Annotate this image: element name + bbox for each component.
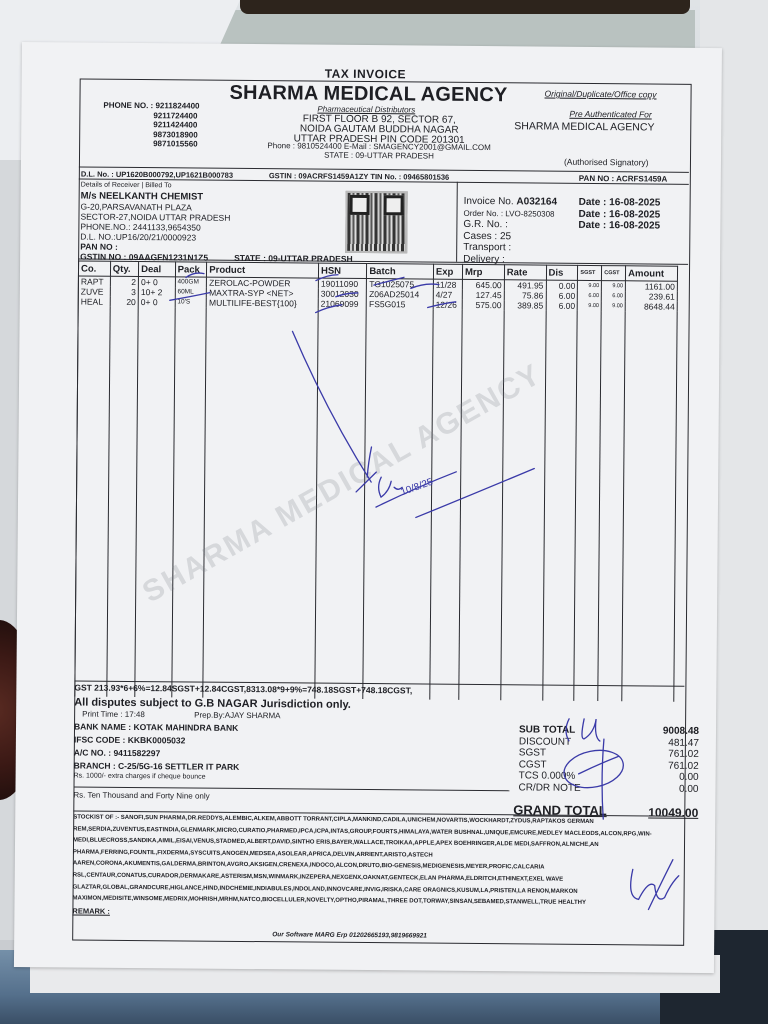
column-header-product: Product	[207, 262, 319, 278]
pre-auth-name: SHARMA MEDICAL AGENCY	[514, 120, 654, 133]
column-header-exp: Exp	[433, 264, 462, 279]
receiver-section-label: Details of Receiver | Billed To	[81, 182, 172, 190]
company-name: SHARMA MEDICAL AGENCY	[229, 82, 507, 107]
cheque-bounce-note: Rs. 1000/- extra charges if cheque bounc…	[74, 772, 206, 780]
cell-rate: 491.95	[504, 280, 546, 291]
column-header-pack: Pack	[175, 262, 207, 277]
cell-qty: 20	[110, 297, 138, 307]
software-credit: Our Software MARG Erp 01202665193,981966…	[272, 931, 427, 939]
cell-exp: 11/28	[433, 279, 462, 290]
cell-amount: 239.61	[625, 291, 677, 301]
cell-cgst: 9.00	[601, 301, 625, 311]
column-header-sgst: SGST	[578, 265, 602, 280]
total-value: 761.02	[619, 748, 699, 760]
total-label: SUB TOTAL	[519, 724, 581, 736]
cell-co: HEAL	[78, 297, 110, 307]
invoice-document: TAX INVOICE SHARMA MEDICAL AGENCY Origin…	[80, 65, 700, 70]
cell-mrp: 127.45	[462, 290, 504, 300]
invoice-paper: TAX INVOICE SHARMA MEDICAL AGENCY Origin…	[14, 42, 722, 973]
cell-pack: 60ML	[175, 287, 207, 297]
total-value: 9008.48	[619, 725, 699, 737]
column-header-dis: Dis	[546, 265, 578, 280]
totals-values: 9008.48481.47761.02761.020.000.00	[618, 725, 699, 795]
invoice-number: A032164	[516, 196, 557, 207]
seller-gstin: GSTIN : 09ACRFS1459A1ZY TIN No. : 094658…	[269, 171, 449, 182]
column-header-cgst: CGST	[602, 266, 626, 281]
qr-code	[345, 191, 408, 254]
cell-deal: 0+ 0	[138, 277, 175, 288]
cell-product: MULTILIFE-BEST{100}	[206, 298, 318, 309]
cell-hsn: 19011090	[318, 278, 366, 289]
table-empty-space	[75, 307, 677, 702]
receiver-details: M/s NEELKANTH CHEMIST G-20,PARSAVANATH P…	[80, 191, 353, 264]
remark-label: REMARK :	[72, 906, 110, 915]
invoice-meta: Invoice No. A032164 Order No. : LVO-8250…	[463, 196, 557, 266]
cell-co: ZUVE	[78, 287, 110, 297]
items-table-body: RAPT20+ 0400GMZEROLAC-POWDER19011090TG10…	[75, 276, 678, 702]
seller-dl-no: D.L. No. : UP1620B000792,UP1621B000783	[81, 170, 233, 180]
cell-pack: 400GM	[175, 277, 207, 288]
cell-exp: 12/26	[433, 300, 462, 310]
column-header-deal: Deal	[139, 262, 176, 277]
column-header-qty: Qty.	[110, 261, 138, 276]
bank-details: BANK NAME : KOTAK MAHINDRA BANK IFSC COD…	[74, 720, 240, 773]
cell-dis: 6.00	[546, 301, 578, 311]
column-header-hsn: HSN	[318, 263, 366, 278]
cell-sgst: 6.00	[578, 291, 602, 301]
cell-rate: 389.85	[504, 300, 546, 310]
background-wood	[240, 0, 690, 14]
cell-qty: 3	[110, 287, 138, 297]
cell-amount: 8648.44	[625, 301, 677, 311]
cell-hsn: 21069099	[318, 299, 366, 309]
stockist-list: STOCKIST OF :- SANOFI,SUN PHARMA,DR.REDD…	[72, 812, 653, 910]
cell-pack: 10'S	[175, 297, 207, 307]
doc-type-title: TAX INVOICE	[325, 67, 406, 82]
cell-hsn: 30012030	[318, 289, 366, 299]
copy-label: Original/Duplicate/Office copy	[545, 89, 657, 100]
cell-dis: 0.00	[546, 280, 578, 291]
cell-batch: FS5G015	[367, 299, 434, 310]
cell-mrp: 575.00	[462, 300, 504, 310]
column-header-mrp: Mrp	[462, 264, 504, 279]
total-value: 0.00	[619, 771, 699, 783]
column-header-rate: Rate	[504, 265, 546, 280]
cell-sgst: 9.00	[578, 301, 602, 311]
cell-cgst: 9.00	[602, 281, 626, 292]
cell-dis: 6.00	[546, 291, 578, 301]
cell-deal: 0+ 0	[138, 297, 175, 307]
total-label: SGST	[519, 747, 581, 759]
amount-in-words: Rs. Ten Thousand and Forty Nine only	[73, 790, 209, 800]
total-value: 0.00	[618, 783, 698, 795]
jurisdiction-note: All disputes subject to G.B NAGAR Jurisd…	[74, 696, 351, 710]
total-value: 481.47	[619, 737, 699, 749]
total-label: DISCOUNT	[519, 736, 581, 748]
cell-rate: 75.86	[504, 290, 546, 300]
column-header-co: Co.	[78, 261, 110, 276]
cell-cgst: 6.00	[602, 291, 626, 301]
cell-sgst: 9.00	[578, 280, 602, 291]
cell-deal: 10+ 2	[138, 287, 175, 297]
total-value: 761.02	[619, 760, 699, 772]
cell-batch: Z06AD25014	[367, 289, 434, 300]
print-time: Print Time : 17:48	[82, 710, 145, 720]
pre-auth-label: Pre Authenticated For	[569, 109, 651, 120]
company-contact: Phone : 9810524400 E-Mail : SMAGENCY2001…	[244, 141, 514, 161]
cell-batch: TG1025075	[367, 279, 434, 290]
phone-list: PHONE NO. : 9211824400 9211724400 921142…	[103, 101, 199, 149]
cell-amount: 1161.00	[626, 281, 678, 292]
cell-qty: 2	[110, 276, 138, 287]
column-header-amount: Amount	[626, 266, 678, 281]
cell-exp: 4/27	[433, 290, 462, 300]
cell-mrp: 645.00	[462, 279, 504, 290]
authorised-signatory: (Authorised Signatory)	[564, 157, 649, 168]
total-label: CGST	[519, 759, 581, 771]
totals-labels: SUB TOTALDISCOUNTSGSTCGSTTCS 0.000%CR/DR…	[518, 724, 581, 794]
total-label: CR/DR NOTE	[518, 782, 580, 794]
total-label: TCS 0.000%	[519, 770, 581, 782]
invoice-dates: Date : 16-08-2025 Date : 16-08-2025 Date…	[578, 197, 660, 232]
seller-pan: PAN NO : ACRFS1459A	[579, 174, 668, 184]
prepared-by: Prep.By:AJAY SHARMA	[194, 711, 280, 721]
cell-co: RAPT	[78, 276, 110, 287]
column-header-batch: Batch	[367, 264, 434, 280]
